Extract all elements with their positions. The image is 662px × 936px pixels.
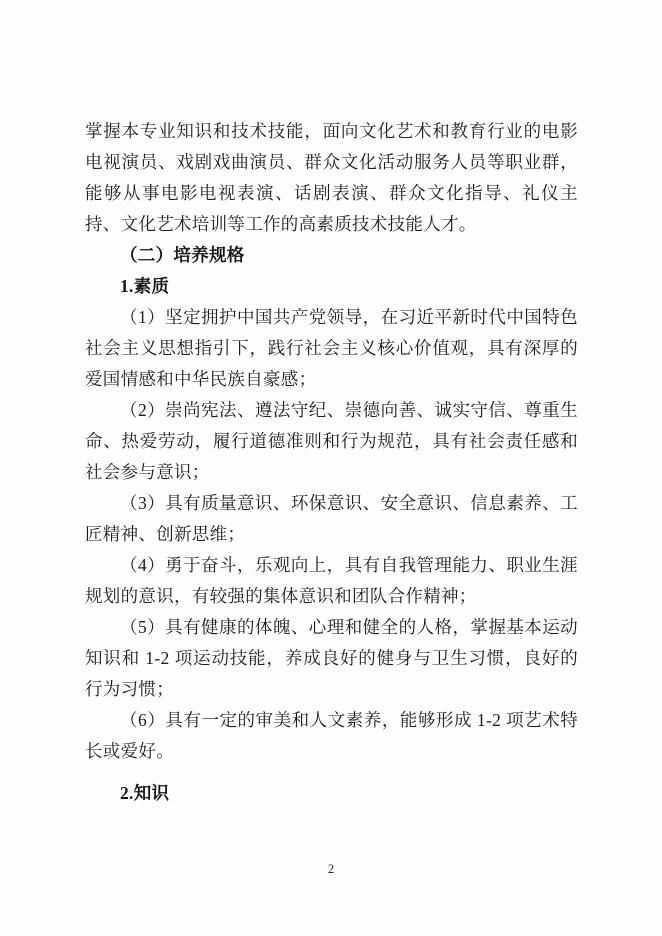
document-page: 掌握本专业知识和技术技能，面向文化艺术和教育行业的电影电视演员、戏剧戏曲演员、群… xyxy=(0,0,662,936)
list-item-1: （1）坚定拥护中国共产党领导，在习近平新时代中国特色社会主义思想指引下，践行社会… xyxy=(85,302,578,395)
subsection-heading-quality: 1.素质 xyxy=(85,271,578,302)
list-item-6: （6）具有一定的审美和人文素养，能够形成 1-2 项艺术特长或爱好。 xyxy=(85,705,578,767)
list-item-3: （3）具有质量意识、环保意识、安全意识、信息素养、工匠精神、创新思维； xyxy=(85,488,578,550)
document-content: 掌握本专业知识和技术技能，面向文化艺术和教育行业的电影电视演员、戏剧戏曲演员、群… xyxy=(85,116,578,809)
subsection-heading-knowledge: 2.知识 xyxy=(85,778,578,809)
list-item-2: （2）崇尚宪法、遵法守纪、崇德向善、诚实守信、尊重生命、热爱劳动，履行道德准则和… xyxy=(85,395,578,488)
page-number: 2 xyxy=(0,862,662,877)
list-item-5: （5）具有健康的体魄、心理和健全的人格，掌握基本运动知识和 1-2 项运动技能，… xyxy=(85,612,578,705)
section-heading-training-specs: （二）培养规格 xyxy=(85,240,578,271)
paragraph-intro-continuation: 掌握本专业知识和技术技能，面向文化艺术和教育行业的电影电视演员、戏剧戏曲演员、群… xyxy=(85,116,578,240)
list-item-4: （4）勇于奋斗，乐观向上，具有自我管理能力、职业生涯规划的意识，有较强的集体意识… xyxy=(85,550,578,612)
